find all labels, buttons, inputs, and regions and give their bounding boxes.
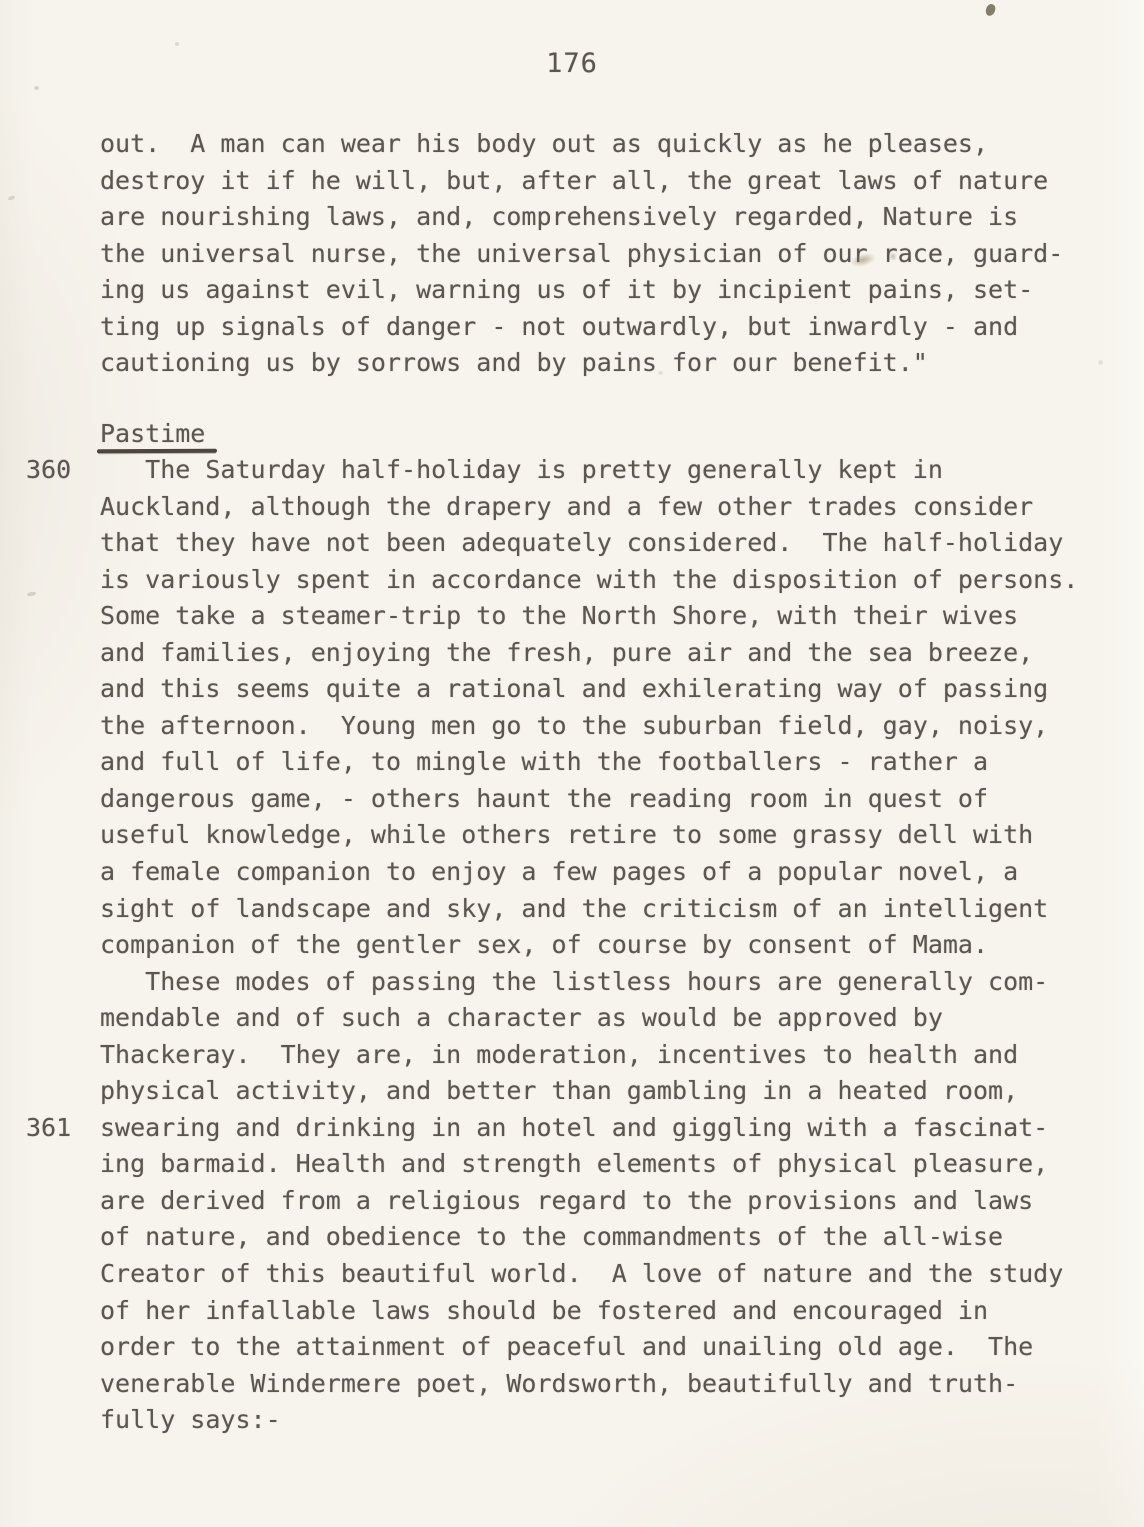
margin-reference-361: 361 [26,1110,71,1147]
body-text-block: The Saturday half-holiday is pretty gene… [100,452,1078,1439]
paper-speck [34,86,39,90]
margin-reference-360: 360 [26,452,71,489]
page-number: 176 [0,46,1144,83]
paragraph-modes-of-passing: These modes of passing the listless hour… [100,964,1078,1439]
paper-speck [27,591,37,597]
manuscript-page: 176 out. A man can wear his body out as … [0,0,1144,1527]
paragraph-saturday-half-holiday: The Saturday half-holiday is pretty gene… [100,452,1078,964]
paragraph-quote-conclusion: out. A man can wear his body out as quic… [100,126,1063,382]
paper-speck [1098,360,1103,365]
paper-speck-top-right [984,3,996,17]
paper-speck [8,195,16,201]
section-heading-pastime: Pastime [100,416,205,453]
